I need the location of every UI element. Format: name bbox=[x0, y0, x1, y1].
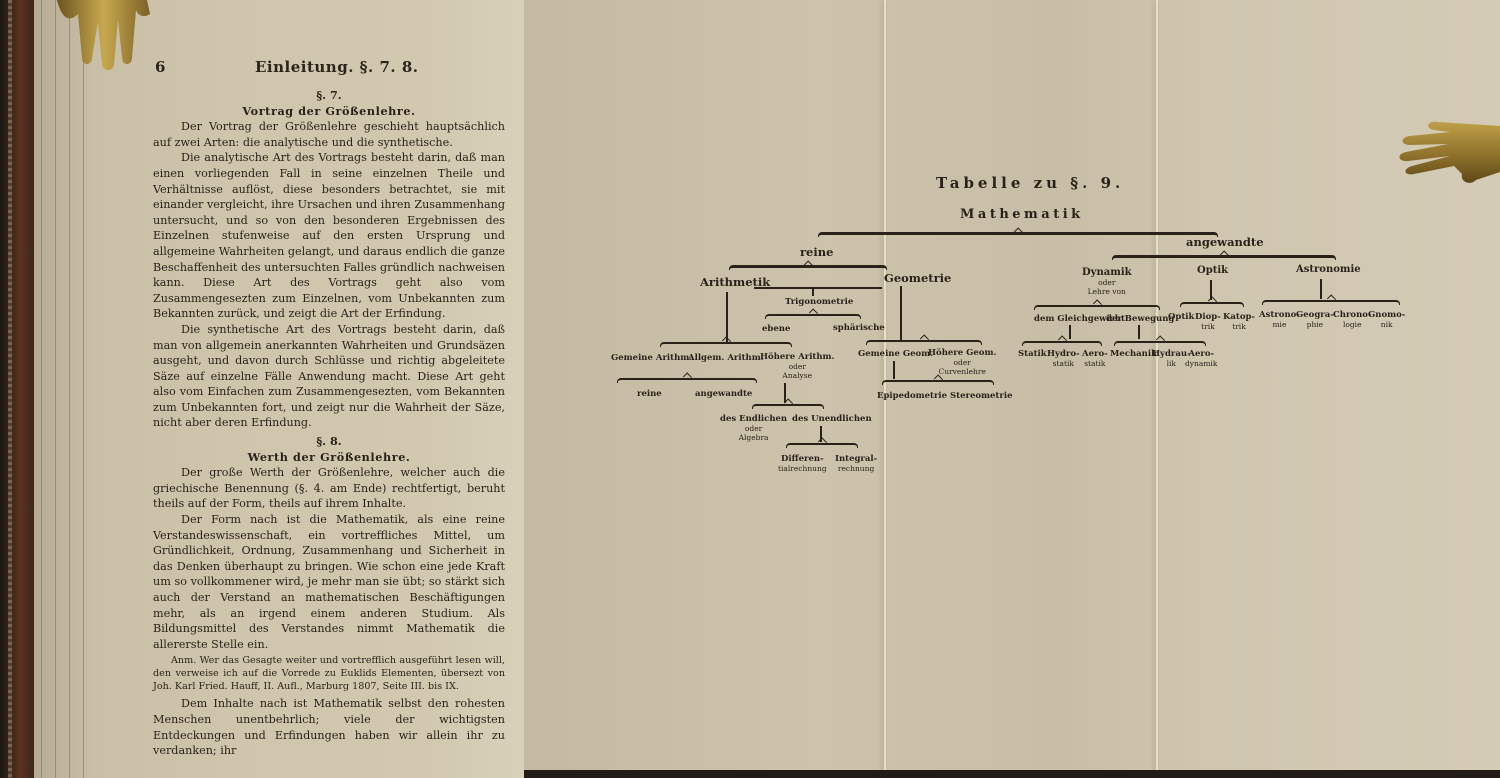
node-geometrie: Geometrie bbox=[884, 272, 951, 285]
node-dioptrik: Diop-trik bbox=[1195, 312, 1221, 331]
connector bbox=[754, 287, 882, 289]
connector bbox=[726, 292, 728, 342]
node-reine: reine bbox=[800, 246, 833, 259]
brace-optik bbox=[1180, 302, 1244, 307]
footnote: Anm. Wer das Gesagte weiter und vortreff… bbox=[153, 654, 505, 693]
page-edges bbox=[34, 0, 84, 778]
node-geographie: Geogra-phie bbox=[1296, 310, 1334, 329]
node-stereometrie: Stereometrie bbox=[950, 391, 1012, 401]
section-title: Werth der Größenlehre. bbox=[153, 450, 505, 466]
connector bbox=[1320, 279, 1322, 299]
brass-hand-weight-icon bbox=[1398, 114, 1500, 186]
brace-gleichgewicht bbox=[1022, 341, 1102, 346]
brace-root bbox=[818, 232, 1218, 237]
node-sphaerische: sphärische bbox=[833, 323, 885, 333]
node-mathematik: Mathematik bbox=[960, 208, 1084, 221]
connector bbox=[900, 286, 902, 340]
node-hydrostatik: Hydro-statik bbox=[1047, 349, 1080, 368]
paragraph: Der große Werth der Größenlehre, welcher… bbox=[153, 465, 505, 512]
node-angewandte: angewandte bbox=[1186, 236, 1264, 249]
brace-astronomie bbox=[1262, 300, 1400, 305]
brace-arith-sub bbox=[617, 378, 757, 383]
node-hoehere-geom: Höhere Geom.oderCurvenlehre bbox=[928, 348, 996, 376]
brace-unendlichen bbox=[786, 443, 858, 448]
running-title: Einleitung. §. 7. 8. bbox=[255, 58, 418, 76]
node-endlichen: des EndlichenoderAlgebra bbox=[720, 414, 787, 442]
book-binding bbox=[0, 0, 34, 778]
fold-crease bbox=[1156, 0, 1158, 772]
brace-analyse bbox=[752, 404, 824, 409]
node-statik: Statik bbox=[1018, 349, 1047, 359]
node-dynamik: DynamikoderLehre von bbox=[1082, 267, 1132, 296]
page-header: 6 Einleitung. §. 7. 8. bbox=[155, 58, 505, 80]
brace-reine bbox=[729, 265, 887, 270]
node-katoptrik: Katop-trik bbox=[1223, 312, 1255, 331]
node-optik-sub: Optik bbox=[1168, 312, 1194, 322]
body-text: §. 7. Vortrag der Größenlehre. Der Vortr… bbox=[153, 88, 505, 759]
node-hoehere-arithm: Höhere Arithm.oderAnalyse bbox=[760, 352, 835, 380]
node-unendlichen: des Unendlichen bbox=[792, 414, 872, 424]
node-mechanik: Mechanik bbox=[1110, 349, 1157, 359]
node-trigonometrie: Trigonometrie bbox=[785, 297, 853, 307]
connector bbox=[893, 361, 895, 379]
paragraph: Der Vortrag der Größenlehre geschieht ha… bbox=[153, 119, 505, 150]
brace-geom bbox=[866, 340, 982, 345]
paragraph: Der Form nach ist die Mathematik, als ei… bbox=[153, 512, 505, 652]
node-ebene: ebene bbox=[762, 324, 790, 334]
brass-hand-weight-icon bbox=[52, 0, 152, 72]
node-epipedometrie: Epipedometrie bbox=[877, 391, 947, 401]
brace-dynamik bbox=[1034, 305, 1160, 310]
node-gemeine-geom: Gemeine Geom. bbox=[858, 349, 933, 359]
connector bbox=[1069, 325, 1071, 339]
node-gnomonik: Gnomo-nik bbox=[1368, 310, 1405, 329]
table-edge bbox=[524, 770, 1500, 778]
book-spread: 6 Einleitung. §. 7. 8. §. 7. Vortrag der… bbox=[0, 0, 1500, 778]
node-aerodynamik: Aero-dynamik bbox=[1185, 349, 1217, 368]
section-title: Vortrag der Größenlehre. bbox=[153, 104, 505, 120]
fold-crease bbox=[884, 0, 886, 772]
page-number: 6 bbox=[155, 58, 165, 76]
brace-geom-sub bbox=[882, 380, 994, 385]
brace-bewegung bbox=[1114, 341, 1206, 346]
brace-trig bbox=[765, 314, 861, 319]
node-reine-arithm: reine bbox=[637, 389, 662, 399]
connector bbox=[1138, 325, 1140, 339]
node-aerostatik: Aero-statik bbox=[1082, 349, 1108, 368]
node-allgem-arithm: Allgem. Arithm. bbox=[688, 353, 764, 363]
paragraph: Die analytische Art des Vortrags besteht… bbox=[153, 150, 505, 322]
node-bewegung: der Bewegung bbox=[1106, 314, 1174, 324]
section-number: §. 7. bbox=[153, 88, 505, 104]
table-title: Tabelle zu §. 9. bbox=[936, 174, 1124, 192]
brace-arith bbox=[660, 342, 792, 347]
brace-angewandte bbox=[1112, 255, 1336, 260]
paragraph: Die synthetische Art des Vortrags besteh… bbox=[153, 322, 505, 431]
node-astronomie-sub: Astrono-mie bbox=[1259, 310, 1300, 329]
node-chronologie: Chrono-logie bbox=[1333, 310, 1371, 329]
paragraph: Dem Inhalte nach ist Mathematik selbst d… bbox=[153, 696, 505, 758]
foldout-table-sheet bbox=[524, 0, 1500, 772]
node-angewandte-arithm: angewandte bbox=[695, 389, 752, 399]
section-number: §. 8. bbox=[153, 434, 505, 450]
node-gemeine-arithm: Gemeine Arithm. bbox=[611, 353, 692, 363]
connector bbox=[812, 288, 814, 296]
node-differential: Differen-tialrechnung bbox=[778, 454, 827, 473]
node-optik: Optik bbox=[1197, 266, 1228, 276]
node-astronomie: Astronomie bbox=[1296, 265, 1361, 275]
node-integral: Integral-rechnung bbox=[835, 454, 877, 473]
